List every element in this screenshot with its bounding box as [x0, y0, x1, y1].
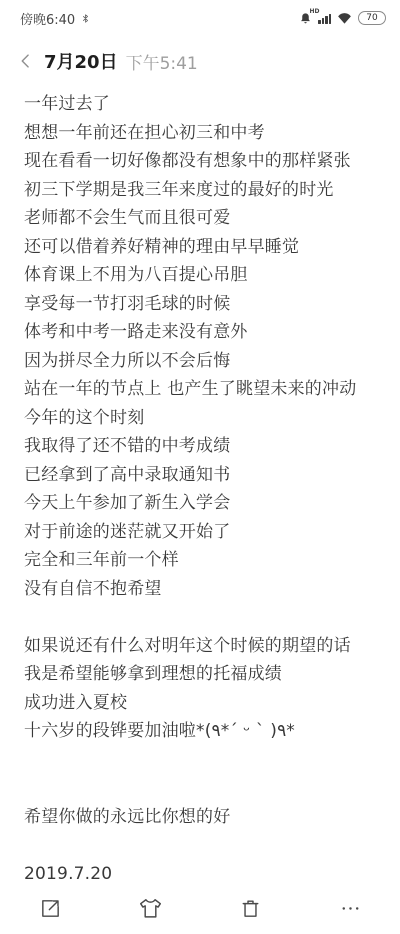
- trash-icon: [239, 897, 262, 920]
- note-line: 享受每一节打羽毛球的时候: [24, 290, 376, 319]
- bottom-toolbar: [0, 882, 400, 934]
- note-line: 想想一年前还在担心初三和中考: [24, 119, 376, 148]
- export-icon: [39, 897, 62, 920]
- note-line: 老师都不会生气而且很可爱: [24, 204, 376, 233]
- note-line: 今年的这个时刻: [24, 404, 376, 433]
- note-line: 希望你做的永远比你想的好: [24, 803, 376, 832]
- note-time: 下午5:41: [126, 49, 198, 74]
- battery-percent: 70: [366, 13, 377, 23]
- note-line: 十六岁的段铧要加油啦*(٩*´ ᵕ ` )٩*: [24, 717, 376, 746]
- note-date: 7月20日: [44, 48, 118, 74]
- note-line: 一年过去了: [24, 90, 376, 119]
- signal-strength-icon: HD: [318, 12, 331, 24]
- delete-button[interactable]: [228, 886, 272, 930]
- note-content[interactable]: 一年过去了 想想一年前还在担心初三和中考 现在看看一切好像都没有想象中的那样紧张…: [0, 82, 400, 882]
- back-button[interactable]: [12, 47, 40, 75]
- note-line: 对于前途的迷茫就又开始了: [24, 518, 376, 547]
- note-line: 还可以借着养好精神的理由早早睡觉: [24, 233, 376, 262]
- note-line: 体考和中考一路走来没有意外: [24, 318, 376, 347]
- note-line: 现在看看一切好像都没有想象中的那样紧张: [24, 147, 376, 176]
- note-line: 如果说还有什么对明年这个时候的期望的话: [24, 632, 376, 661]
- chevron-left-icon: [16, 51, 36, 71]
- status-bar-left: 傍晚6:40: [20, 9, 90, 28]
- note-line: 我是希望能够拿到理想的托福成绩: [24, 660, 376, 689]
- note-line: 完全和三年前一个样: [24, 546, 376, 575]
- note-line: 因为拼尽全力所以不会后悔: [24, 347, 376, 376]
- note-line: 2019.7.20: [24, 860, 376, 883]
- share-button[interactable]: [28, 886, 72, 930]
- note-line: 已经拿到了高中录取通知书: [24, 461, 376, 490]
- theme-button[interactable]: [128, 886, 172, 930]
- note-line: 没有自信不抱希望: [24, 575, 376, 604]
- more-button[interactable]: [328, 886, 372, 930]
- note-line: [24, 774, 376, 803]
- notes-app-screen: 傍晚6:40 HD: [0, 0, 400, 934]
- note-line: 站在一年的节点上 也产生了眺望未来的冲动: [24, 375, 376, 404]
- note-line: 体育课上不用为八百提心吊胆: [24, 261, 376, 290]
- note-line: 成功进入夏校: [24, 689, 376, 718]
- note-header: 7月20日 下午5:41: [0, 32, 400, 82]
- t-shirt-icon: [138, 897, 163, 920]
- status-bar: 傍晚6:40 HD: [0, 0, 400, 32]
- note-line: [24, 603, 376, 632]
- bluetooth-icon: [81, 12, 90, 25]
- ellipsis-icon: [339, 897, 362, 920]
- note-line: [24, 746, 376, 775]
- note-line: [24, 831, 376, 860]
- status-time: 傍晚6:40: [20, 9, 75, 28]
- note-line: 初三下学期是我三年来度过的最好的时光: [24, 176, 376, 205]
- note-line: 我取得了还不错的中考成绩: [24, 432, 376, 461]
- battery-indicator: 70: [358, 11, 386, 25]
- note-line: 今天上午参加了新生入学会: [24, 489, 376, 518]
- status-bar-right: HD 70: [299, 11, 386, 25]
- wifi-icon: [337, 12, 352, 24]
- hd-volte-label: HD: [309, 8, 319, 15]
